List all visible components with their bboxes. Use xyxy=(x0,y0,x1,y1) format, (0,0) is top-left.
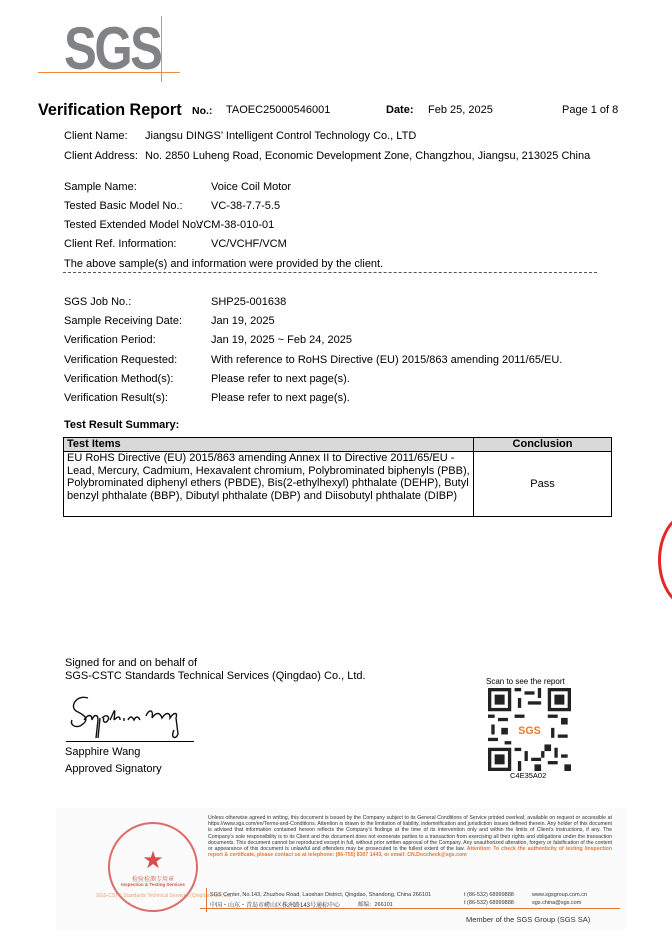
sample-name-label: Sample Name: xyxy=(64,181,137,194)
disclaimer-text: Unless otherwise agreed in writing, this… xyxy=(208,815,612,858)
report-title: Verification Report xyxy=(38,100,182,120)
footer-accent-line xyxy=(200,908,620,909)
client-ref-label: Client Ref. Information: xyxy=(64,238,177,251)
result-table: Test Items Conclusion EU RoHS Directive … xyxy=(63,437,612,517)
qr-code[interactable]: SGS xyxy=(487,688,572,771)
footer-website[interactable]: www.sgsgroup.com.cn xyxy=(532,892,587,898)
verification-period-label: Verification Period: xyxy=(64,334,156,347)
report-no-label: No.: xyxy=(192,105,212,117)
signed-behalf-line1: Signed for and on behalf of xyxy=(65,657,197,670)
sgs-logo: SGS xyxy=(64,14,161,84)
handwritten-signature xyxy=(66,690,196,742)
footer-postcode: 邮编：266101 xyxy=(358,900,393,908)
provided-note: The above sample(s) and information were… xyxy=(64,258,383,271)
qr-caption: Scan to see the report xyxy=(486,677,565,686)
dashed-divider xyxy=(63,272,597,273)
verification-period: Jan 19, 2025 ~ Feb 24, 2025 xyxy=(211,334,352,347)
client-ref: VC/VCHF/VCM xyxy=(211,238,287,251)
verification-requested-label: Verification Requested: xyxy=(64,354,177,367)
footer-address-en: SGS Center, No.143, Zhuzhou Road, Laosha… xyxy=(210,892,431,898)
basic-model-label: Tested Basic Model No.: xyxy=(64,200,183,213)
verification-result-label: Verification Result(s): xyxy=(64,392,168,405)
footer-tel-2: t (86-532) 68999888 xyxy=(464,900,514,906)
client-address: No. 2850 Luheng Road, Economic Developme… xyxy=(145,150,590,163)
report-date-label: Date: xyxy=(386,104,414,116)
signed-behalf-company: SGS-CSTC Standards Technical Services (Q… xyxy=(65,670,366,683)
logo-accent-vline xyxy=(161,16,162,82)
verification-method-label: Verification Method(s): xyxy=(64,373,173,386)
report-no: TAOEC25000546001 xyxy=(226,104,330,116)
logo-accent-hline xyxy=(38,72,180,73)
conclusion-cell: Pass xyxy=(474,452,612,517)
footer-email[interactable]: sgs.china@sgs.com xyxy=(532,900,581,906)
receiving-date-label: Sample Receiving Date: xyxy=(64,315,182,328)
qr-code-id: C4E35A02 xyxy=(510,771,546,780)
verification-result: Please refer to next page(s). xyxy=(211,392,350,405)
star-icon: ★ xyxy=(110,846,196,875)
receiving-date: Jan 19, 2025 xyxy=(211,315,275,328)
col-test-items: Test Items xyxy=(64,438,474,452)
basic-model: VC-38-7.7-5.5 xyxy=(211,200,280,213)
signatory-title: Approved Signatory xyxy=(65,763,162,776)
summary-title: Test Result Summary: xyxy=(64,419,179,431)
job-no: SHP25-001638 xyxy=(211,296,286,309)
job-no-label: SGS Job No.: xyxy=(64,296,131,309)
extended-model: VCM-38-010-01 xyxy=(196,219,274,232)
page-number: Page 1 of 8 xyxy=(562,104,618,116)
footer-tel-1: t (86-532) 68999888 xyxy=(464,892,514,898)
verification-method: Please refer to next page(s). xyxy=(211,373,350,386)
client-name: Jiangsu DINGS’ Intelligent Control Techn… xyxy=(145,130,416,143)
client-name-label: Client Name: xyxy=(64,130,128,143)
seal-en-text: Inspection & Testing Services xyxy=(110,882,196,887)
table-row: EU RoHS Directive (EU) 2015/863 amending… xyxy=(64,452,612,517)
company-seal-partial xyxy=(658,512,672,608)
report-date: Feb 25, 2025 xyxy=(428,104,493,116)
qr-center-logo: SGS xyxy=(518,725,540,737)
extended-model-label: Tested Extended Model No.: xyxy=(64,219,202,232)
test-item-cell: EU RoHS Directive (EU) 2015/863 amending… xyxy=(64,452,474,517)
verification-requested: With reference to RoHS Directive (EU) 20… xyxy=(211,354,562,367)
member-statement: Member of the SGS Group (SGS SA) xyxy=(466,915,590,924)
col-conclusion: Conclusion xyxy=(474,438,612,452)
signatory-name: Sapphire Wang xyxy=(65,746,140,759)
sample-name: Voice Coil Motor xyxy=(211,181,291,194)
client-address-label: Client Address: xyxy=(64,150,138,163)
signature-line xyxy=(66,741,194,742)
